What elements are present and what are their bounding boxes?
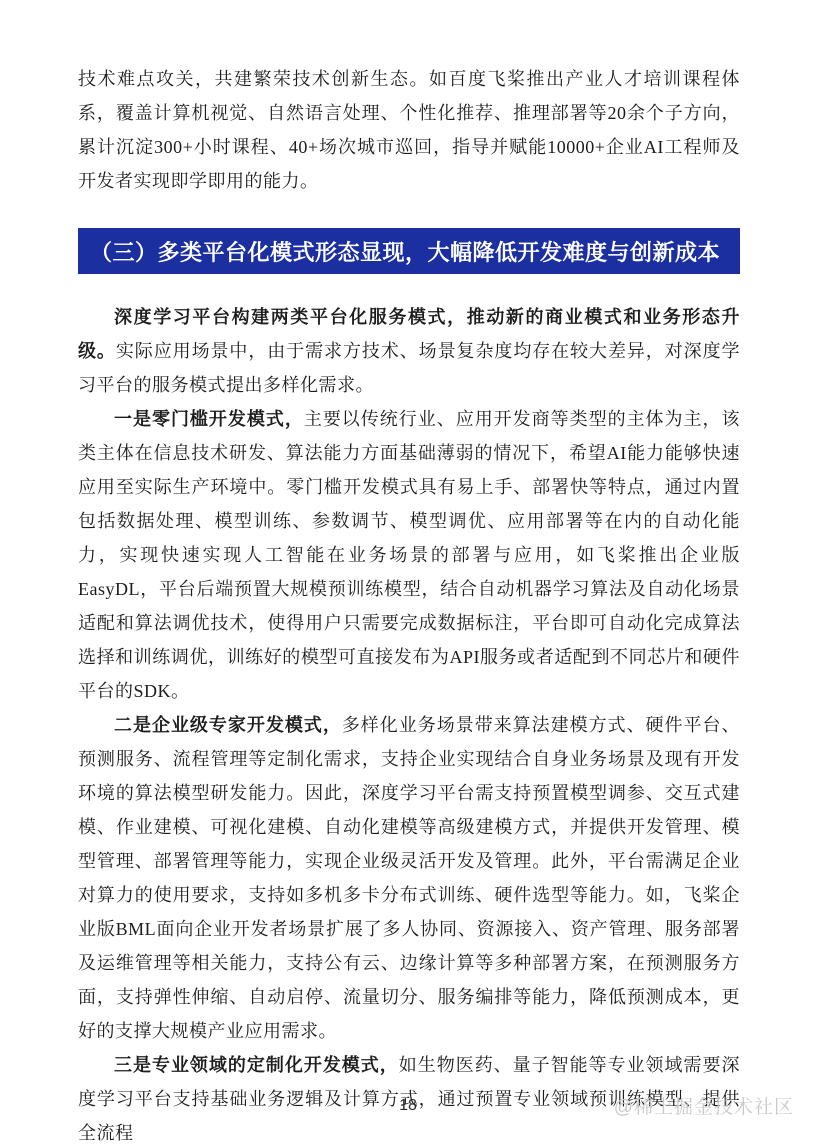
section-header-banner: （三）多类平台化模式形态显现，大幅降低开发难度与创新成本 <box>78 228 740 274</box>
body-paragraph-3: 二是企业级专家开发模式，多样化业务场景带来算法建模方式、硬件平台、预测服务、流程… <box>78 708 740 1048</box>
watermark: @稀土掘金技术社区 <box>614 1092 794 1119</box>
content-area: 技术难点攻关，共建繁荣技术创新生态。如百度飞桨推出产业人才培训课程体系，覆盖计算… <box>78 62 740 1145</box>
paragraph-lead: 二是企业级专家开发模式， <box>114 715 342 735</box>
body-paragraph-2: 一是零门槛开发模式，主要以传统行业、应用开发商等类型的主体为主，该类主体在信息技… <box>78 402 740 708</box>
paragraph-lead: 一是零门槛开发模式， <box>114 409 304 429</box>
section-header-title: （三）多类平台化模式形态显现，大幅降低开发难度与创新成本 <box>90 236 720 267</box>
body-paragraph-1: 深度学习平台构建两类平台化服务模式，推动新的商业模式和业务形态升级。实际应用场景… <box>78 300 740 402</box>
document-page: 技术难点攻关，共建繁荣技术创新生态。如百度飞桨推出产业人才培训课程体系，覆盖计算… <box>0 0 816 1145</box>
paragraph-body: 主要以传统行业、应用开发商等类型的主体为主，该类主体在信息技术研发、算法能力方面… <box>78 409 740 701</box>
intro-paragraph: 技术难点攻关，共建繁荣技术创新生态。如百度飞桨推出产业人才培训课程体系，覆盖计算… <box>78 62 740 198</box>
paragraph-body: 多样化业务场景带来算法建模方式、硬件平台、预测服务、流程管理等定制化需求，支持企… <box>78 715 740 1041</box>
paragraph-body: 实际应用场景中，由于需求方技术、场景复杂度均存在较大差异，对深度学习平台的服务模… <box>78 341 740 395</box>
paragraph-lead: 三是专业领域的定制化开发模式， <box>114 1055 399 1075</box>
